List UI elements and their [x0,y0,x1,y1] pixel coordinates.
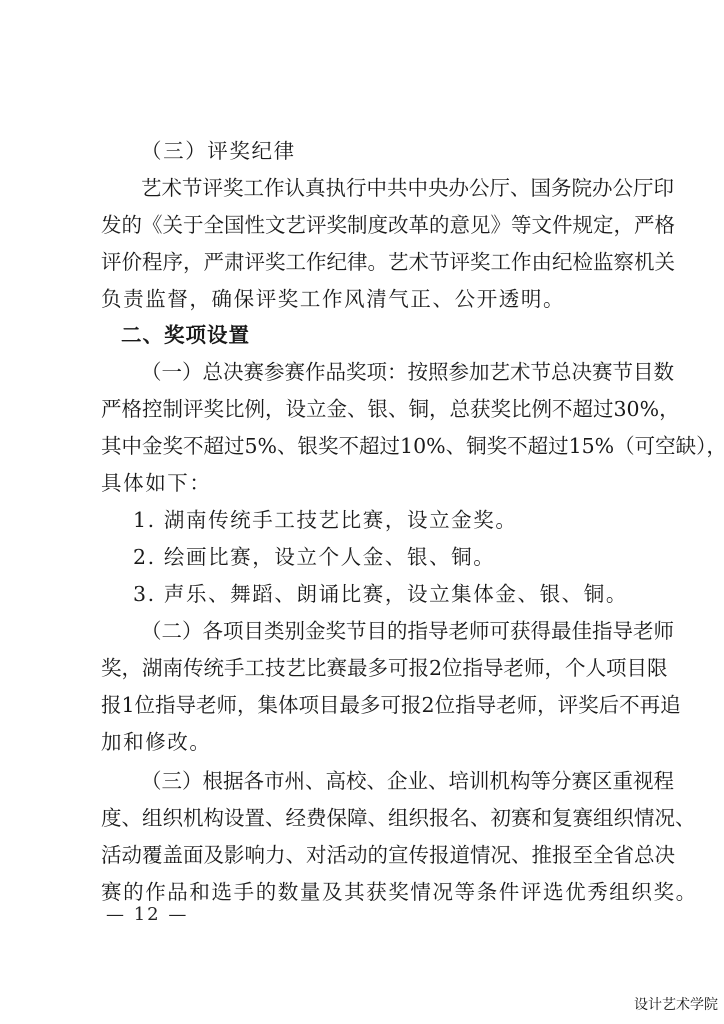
paragraph-line: 艺术节评奖工作认真执行中共中央办公厅、国务院办公厅印 [141,170,631,206]
section-heading-discipline: （三）评奖纪律 [141,133,296,169]
paragraph-line: 报1位指导老师，集体项目最多可报2位指导老师，评奖后不再追 [101,687,631,723]
paragraph-line: （一）总决赛参赛作品奖项：按照参加艺术节总决赛节目数 [141,354,631,390]
watermark-label: 设计艺术学院 [634,994,718,1014]
list-item: 3. 声乐、舞蹈、朗诵比赛，设立集体金、银、铜。 [133,576,628,612]
section-heading-awards: 二、奖项设置 [121,317,250,353]
paragraph-line: 其中金奖不超过5%、银奖不超过10%、铜奖不超过15%（可空缺）， [101,428,631,464]
paragraph-line: 赛的作品和选手的数量及其获奖情况等条件评选优秀组织奖。 [101,874,698,910]
paragraph-line: 具体如下： [101,465,212,501]
paragraph-line: 发的《关于全国性文艺评奖制度改革的意见》等文件规定，严格 [101,207,631,243]
page-number: — 12 — [106,904,188,925]
paragraph-line: 负责监督，确保评奖工作风清气正、公开透明。 [101,281,565,317]
paragraph-line: 评价程序，严肃评奖工作纪律。艺术节评奖工作由纪检监察机关 [101,244,631,280]
paragraph-line: （三）根据各市州、高校、企业、培训机构等分赛区重视程 [141,763,631,799]
paragraph-line: 奖，湖南传统手工技艺比赛最多可报2位指导老师，个人项目限 [101,650,631,686]
list-item: 1. 湖南传统手工技艺比赛，设立金奖。 [133,502,517,538]
paragraph-line: 加和修改。 [101,724,212,760]
paragraph-line: （二）各项目类别金奖节目的指导老师可获得最佳指导老师 [141,613,631,649]
paragraph-line: 活动覆盖面及影响力、对活动的宣传报道情况、推报至全省总决 [101,837,631,873]
paragraph-line: 度、组织机构设置、经费保障、组织报名、初赛和复赛组织情况、 [101,800,631,836]
list-item: 2. 绘画比赛，设立个人金、银、铜。 [133,539,495,575]
paragraph-line: 严格控制评奖比例，设立金、银、铜，总获奖比例不超过30%， [101,391,631,427]
